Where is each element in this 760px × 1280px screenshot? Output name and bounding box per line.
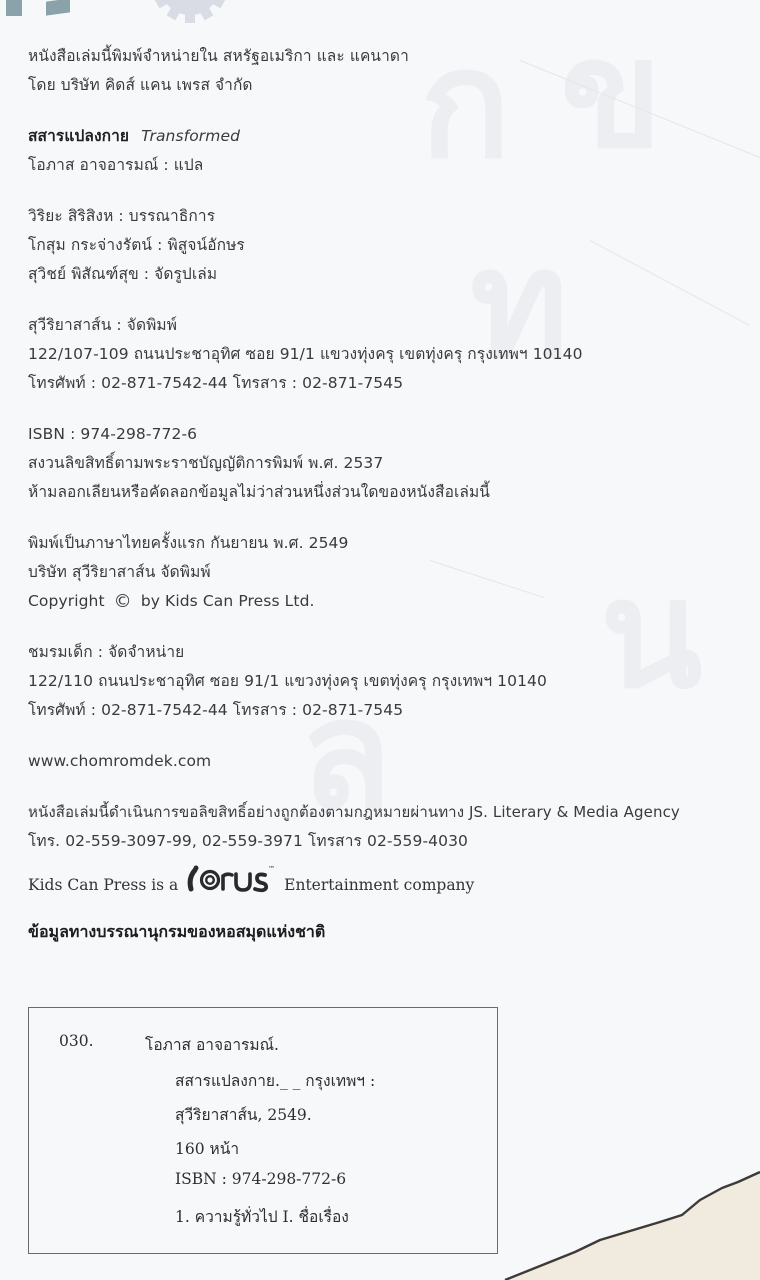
copyright-prefix: Copyright <box>28 592 105 610</box>
corus-logo-icon: ™ <box>185 864 277 894</box>
staff-credits: วิริยะ สิริสิงห : บรรณาธิการ โกสุม กระจ่… <box>28 202 738 289</box>
cip-class-number: 030. <box>59 1032 94 1050</box>
corus-statement: Kids Can Press is a ™ Entertainment comp… <box>28 864 738 900</box>
distribution-line-1: หนังสือเล่มนี้พิมพ์จำหน่ายใน สหรัฐอเมริก… <box>28 42 738 71</box>
cip-author: โอภาส อาจอารมณ์. <box>145 1032 279 1057</box>
copyright-page: หนังสือเล่มนี้พิมพ์จำหน่ายใน สหรัฐอเมริก… <box>28 42 738 946</box>
distribution-line-2: โดย บริษัท คิดส์ แคน เพรส จำกัด <box>28 71 738 100</box>
distributor-name: ชมรมเด็ก : จัดจำหน่าย <box>28 638 738 667</box>
cip-title-row: สสารแปลงกาย._ _ กรุงเทพฯ : <box>175 1068 375 1093</box>
decor-top-bar-left <box>6 0 22 16</box>
edition-block: พิมพ์เป็นภาษาไทยครั้งแรก กันยายน พ.ศ. 25… <box>28 529 738 616</box>
cip-heading: ข้อมูลทางบรรณานุกรมของหอสมุดแห่งชาติ <box>28 918 738 946</box>
book-title-english: Transformed <box>141 127 240 145</box>
copyright-holder: by Kids Can Press Ltd. <box>141 592 315 610</box>
translator-credit: โอภาส อาจอารมณ์ : แปล <box>28 151 738 180</box>
cip-record-box: 030. โอภาส อาจอารมณ์. สสารแปลงกาย._ _ กร… <box>28 1007 498 1254</box>
copyright-icon: © <box>114 587 132 616</box>
distributor-block: ชมรมเด็ก : จัดจำหน่าย 122/110 ถนนประชาอุ… <box>28 638 738 725</box>
rights-block: ISBN : 974-298-772-6 สงวนลิขสิทธิ์ตามพระ… <box>28 420 738 507</box>
printer-name: บริษัท สุวีริยาสาส์น จัดพิมพ์ <box>28 558 738 587</box>
agency-line-1: หนังสือเล่มนี้ดำเนินการขอลิขสิทธิ์อย่างถ… <box>28 798 738 827</box>
distributor-contact: โทรศัพท์ : 02-871-7542-44 โทรสาร : 02-87… <box>28 696 738 725</box>
copyright-act: สงวนลิขสิทธิ์ตามพระราชบัญญัติการพิมพ์ พ.… <box>28 449 738 478</box>
gear-icon <box>145 0 235 25</box>
agency-block: หนังสือเล่มนี้ดำเนินการขอลิขสิทธิ์อย่างถ… <box>28 798 738 856</box>
publisher-name: สุวีริยาสาส์น : จัดพิมพ์ <box>28 311 738 340</box>
publisher-address: 122/107-109 ถนนประชาอุทิศ ซอย 91/1 แขวงท… <box>28 340 738 369</box>
publisher-block: สุวีริยาสาส์น : จัดพิมพ์ 122/107-109 ถนน… <box>28 311 738 398</box>
cip-pages-row: 160 หน้า <box>175 1136 239 1161</box>
cip-isbn-row: ISBN : 974-298-772-6 <box>175 1170 346 1188</box>
distribution-notice: หนังสือเล่มนี้พิมพ์จำหน่ายใน สหรัฐอเมริก… <box>28 42 738 100</box>
decor-top-bar-right <box>46 0 70 16</box>
website-link[interactable]: www.chomromdek.com <box>28 747 738 776</box>
svg-text:™: ™ <box>268 865 275 873</box>
editor-credit: วิริยะ สิริสิงห : บรรณาธิการ <box>28 202 738 231</box>
corus-prefix: Kids Can Press is a <box>28 876 178 894</box>
cip-publisher-row: สุวีริยาสาส์น, 2549. <box>175 1102 312 1127</box>
no-copy-notice: ห้ามลอกเลียนหรือคัดลอกข้อมูลไม่ว่าส่วนหน… <box>28 478 738 507</box>
agency-contact: โทร. 02-559-3097-99, 02-559-3971 โทรสาร … <box>28 827 738 856</box>
cip-subject-row: 1. ความรู้ทั่วไป I. ชื่อเรื่อง <box>175 1204 349 1229</box>
layout-credit: สุวิชย์ พิสัณฑ์สุข : จัดรูปเล่ม <box>28 260 738 289</box>
isbn: ISBN : 974-298-772-6 <box>28 420 738 449</box>
proofreader-credit: โกสุม กระจ่างรัตน์ : พิสูจน์อักษร <box>28 231 738 260</box>
distributor-address: 122/110 ถนนประชาอุทิศ ซอย 91/1 แขวงทุ่งค… <box>28 667 738 696</box>
first-print-date: พิมพ์เป็นภาษาไทยครั้งแรก กันยายน พ.ศ. 25… <box>28 529 738 558</box>
book-title-block: สสารแปลงกายTransformed โอภาส อาจอารมณ์ :… <box>28 122 738 180</box>
copyright-line: Copyright © by Kids Can Press Ltd. <box>28 587 738 616</box>
publisher-contact: โทรศัพท์ : 02-871-7542-44 โทรสาร : 02-87… <box>28 369 738 398</box>
corus-suffix: Entertainment company <box>284 876 474 894</box>
book-title-thai: สสารแปลงกาย <box>28 127 129 145</box>
